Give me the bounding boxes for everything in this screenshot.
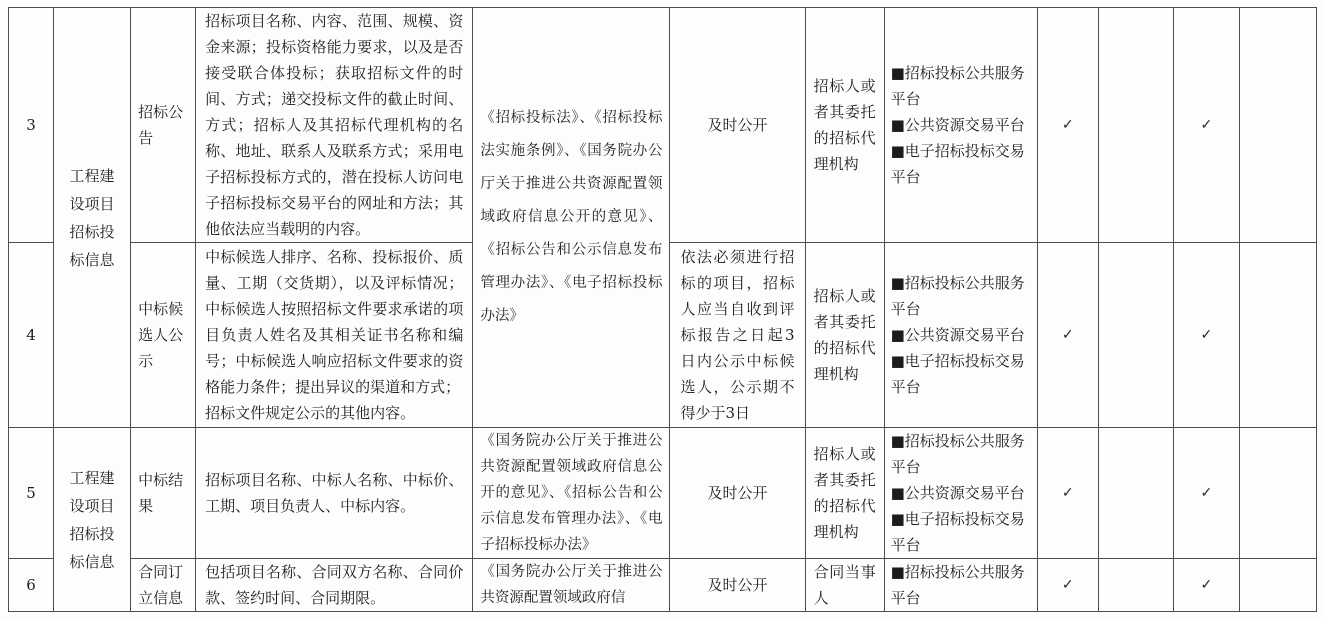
legal-basis-cell: 《国务院办公厅关于推进公共资源配置领域政府信 xyxy=(473,559,670,612)
platform-item: ■公共资源交易平台 xyxy=(891,322,1031,348)
empty-cell xyxy=(1098,243,1173,428)
platform-item: ■招标投标公共服务平台 xyxy=(891,60,1031,112)
table-row: 5 工程建设项目招标投标信息 中标结果 招标项目名称、中标人名称、中标价、工期、… xyxy=(9,428,1317,559)
platform-item: ■招标投标公共服务平台 xyxy=(891,428,1031,480)
responsible-party-cell: 招标人或者其委托的招标代理机构 xyxy=(805,8,884,243)
row-number: 3 xyxy=(9,8,54,243)
empty-cell xyxy=(1239,8,1316,243)
check-cell: ✓ xyxy=(1173,243,1239,428)
table-row: 6 合同订立信息 包括项目名称、合同双方名称、合同价款、签约时间、合同期限。 《… xyxy=(9,559,1317,612)
platform-item: ■公共资源交易平台 xyxy=(891,480,1031,506)
timing-cell: 及时公开 xyxy=(670,559,805,612)
platform-item: ■电子招标投标交易平台 xyxy=(891,138,1031,190)
check-cell: ✓ xyxy=(1173,8,1239,243)
content-cell: 招标项目名称、中标人名称、中标价、工期、项目负责人、中标内容。 xyxy=(196,428,473,559)
check-mark: ✓ xyxy=(1200,117,1212,133)
responsible-party-cell: 招标人或者其委托的招标代理机构 xyxy=(805,428,884,559)
empty-cell xyxy=(1098,8,1173,243)
legal-basis-cell: 《招标投标法》、《招标投标法实施条例》、《国务院办公厅关于推进公共资源配置领域政… xyxy=(473,8,670,428)
empty-cell xyxy=(1098,428,1173,559)
platforms-cell: ■招标投标公共服务平台 xyxy=(884,559,1037,612)
content-cell: 中标候选人排序、名称、投标报价、质量、工期（交货期），以及评标情况；中标候选人按… xyxy=(196,243,473,428)
check-cell: ✓ xyxy=(1037,559,1098,612)
item-name-cell: 中标结果 xyxy=(131,428,196,559)
responsible-party-cell: 合同当事人 xyxy=(805,559,884,612)
platform-item: ■招标投标公共服务平台 xyxy=(891,559,1031,611)
timing-cell: 及时公开 xyxy=(670,8,805,243)
check-mark: ✓ xyxy=(1062,117,1074,133)
responsible-party-cell: 招标人或者其委托的招标代理机构 xyxy=(805,243,884,428)
empty-cell xyxy=(1239,428,1316,559)
platforms-cell: ■招标投标公共服务平台 ■公共资源交易平台 ■电子招标投标交易平台 xyxy=(884,428,1037,559)
table-row: 3 工程建设项目招标投标信息 招标公告 招标项目名称、内容、范围、规模、资金来源… xyxy=(9,8,1317,243)
check-cell: ✓ xyxy=(1173,428,1239,559)
platforms-cell: ■招标投标公共服务平台 ■公共资源交易平台 ■电子招标投标交易平台 xyxy=(884,243,1037,428)
check-cell: ✓ xyxy=(1037,428,1098,559)
check-mark: ✓ xyxy=(1062,577,1074,593)
item-name-cell: 招标公告 xyxy=(131,8,196,243)
check-cell: ✓ xyxy=(1173,559,1239,612)
timing-cell: 依法必须进行招标的项目，招标人应当自收到评标报告之日起3日内公示中标候选人，公示… xyxy=(670,243,805,428)
check-cell: ✓ xyxy=(1037,8,1098,243)
platform-item: ■电子招标投标交易平台 xyxy=(891,506,1031,558)
category-cell: 工程建设项目招标投标信息 xyxy=(54,428,131,612)
content-paragraph: 中标候选人排序、名称、投标报价、质量、工期（交货期），以及评标情况；中标候选人按… xyxy=(205,244,463,400)
check-mark: ✓ xyxy=(1062,327,1074,343)
check-mark: ✓ xyxy=(1200,485,1212,501)
platforms-cell: ■招标投标公共服务平台 ■公共资源交易平台 ■电子招标投标交易平台 xyxy=(884,8,1037,243)
content-cell: 招标项目名称、内容、范围、规模、资金来源；投标资格能力要求，以及是否接受联合体投… xyxy=(196,8,473,243)
item-name-cell: 中标候选人公示 xyxy=(131,243,196,428)
check-mark: ✓ xyxy=(1200,327,1212,343)
document-page: 3 工程建设项目招标投标信息 招标公告 招标项目名称、内容、范围、规模、资金来源… xyxy=(0,0,1324,619)
empty-cell xyxy=(1098,559,1173,612)
check-mark: ✓ xyxy=(1062,485,1074,501)
empty-cell xyxy=(1239,559,1316,612)
row-number: 4 xyxy=(9,243,54,428)
check-mark: ✓ xyxy=(1200,577,1212,593)
timing-cell: 及时公开 xyxy=(670,428,805,559)
empty-cell xyxy=(1239,243,1316,428)
platform-item: ■招标投标公共服务平台 xyxy=(891,270,1031,322)
bidding-info-table: 3 工程建设项目招标投标信息 招标公告 招标项目名称、内容、范围、规模、资金来源… xyxy=(8,7,1317,612)
content-paragraph: 招标文件规定公示的其他内容。 xyxy=(205,400,463,426)
content-cell: 包括项目名称、合同双方名称、合同价款、签约时间、合同期限。 xyxy=(196,559,473,612)
legal-basis-cell: 《国务院办公厅关于推进公共资源配置领域政府信息公开的意见》、《招标公告和公示信息… xyxy=(473,428,670,559)
row-number: 5 xyxy=(9,428,54,559)
item-name-cell: 合同订立信息 xyxy=(131,559,196,612)
platform-item: ■电子招标投标交易平台 xyxy=(891,348,1031,400)
platform-item: ■公共资源交易平台 xyxy=(891,112,1031,138)
category-cell: 工程建设项目招标投标信息 xyxy=(54,8,131,428)
check-cell: ✓ xyxy=(1037,243,1098,428)
row-number: 6 xyxy=(9,559,54,612)
